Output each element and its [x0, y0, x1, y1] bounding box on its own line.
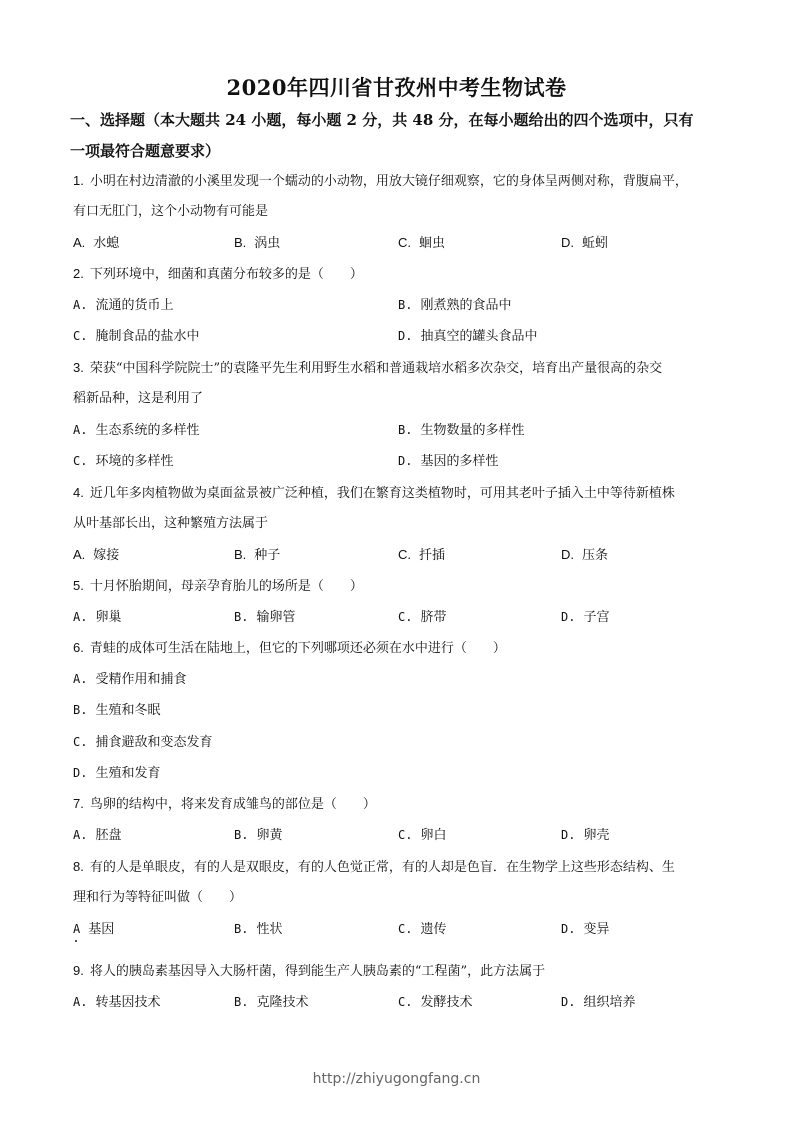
option-text: 输卵管 [256, 610, 295, 625]
option-letter: C. [398, 995, 412, 1009]
option-letter: A. [73, 995, 87, 1009]
option-a[interactable]: A基因 [73, 920, 114, 939]
option-text: 胚盘 [95, 828, 121, 843]
option-text: 遗传 [420, 922, 446, 937]
option-c[interactable]: C.环境的多样性 [73, 452, 173, 471]
question-text-line: 从叶基部长出，这种繁殖方法属于 [73, 515, 268, 533]
option-letter: A. [73, 235, 85, 250]
option-text: 基因的多样性 [420, 454, 498, 469]
question-number: 5. [73, 578, 84, 593]
question-text: 十月怀胎期间，母亲孕育胎儿的场所是（ ） [90, 579, 363, 594]
exam-page: 2020年四川省甘孜州中考生物试卷 一、选择题（本大题共 24 小题，每小题 2… [0, 0, 793, 1122]
option-letter: B. [234, 610, 248, 624]
option-letter: C. [398, 922, 412, 936]
option-letter: B. [234, 922, 248, 936]
option-text: 流通的货币上 [95, 298, 173, 313]
option-c[interactable]: C.发酵技术 [398, 993, 472, 1012]
question-text-line: 1.小明在村边清澈的小溪里发现一个蠕动的小动物，用放大镜仔细观察，它的身体呈两侧… [73, 172, 688, 191]
option-letter: C. [398, 610, 412, 624]
option-b[interactable]: B.卵黄 [234, 826, 282, 845]
option-d[interactable]: D.卵壳 [561, 826, 609, 845]
option-letter: D. [73, 766, 87, 780]
option-d[interactable]: D.蚯蚓 [561, 234, 608, 253]
option-text: 子宫 [583, 610, 609, 625]
option-letter: D. [561, 547, 574, 562]
option-text: 组织培养 [583, 995, 635, 1010]
option-a[interactable]: A.卵巢 [73, 608, 121, 627]
option-d[interactable]: D.生殖和发育 [73, 764, 160, 783]
question-text-line: 4.近几年多肉植物做为桌面盆景被广泛种植，我们在繁育这类植物时，可用其老叶子插入… [73, 484, 675, 503]
option-letter: D. [561, 235, 574, 250]
option-b[interactable]: B.生物数量的多样性 [398, 421, 524, 440]
option-letter: B. [398, 298, 412, 312]
option-text: 生殖和冬眠 [95, 703, 160, 718]
option-letter: B. [234, 235, 246, 250]
option-c[interactable]: C.遗传 [398, 920, 446, 939]
option-letter: C. [73, 454, 87, 468]
option-letter: A. [73, 672, 87, 686]
option-letter: D. [561, 828, 575, 842]
option-text: 基因 [88, 922, 114, 937]
option-c[interactable]: C.脐带 [398, 608, 446, 627]
question-text: 青蛙的成体可生活在陆地上，但它的下列哪项还必须在水中进行（ ） [90, 641, 506, 656]
option-d[interactable]: D.组织培养 [561, 993, 635, 1012]
option-b[interactable]: B.种子 [234, 546, 280, 565]
option-text: 卵白 [420, 828, 446, 843]
option-text: 捕食避敌和变态发育 [95, 735, 212, 750]
section-heading-line1: 一、选择题（本大题共 24 小题，每小题 2 分，共 48 分，在每小题给出的四… [70, 105, 730, 136]
option-a[interactable]: A.胚盘 [73, 826, 121, 845]
option-letter: B. [234, 828, 248, 842]
option-letter: B. [398, 423, 412, 437]
question-text: 近几年多肉植物做为桌面盆景被广泛种植，我们在繁育这类植物时，可用其老叶子插入土中… [90, 486, 675, 501]
option-letter: C. [73, 735, 87, 749]
option-text: 脐带 [420, 610, 446, 625]
option-b[interactable]: B.性状 [234, 920, 282, 939]
question-text: 鸟卵的结构中，将来发育成雏鸟的部位是（ ） [90, 797, 376, 812]
option-text: 变异 [583, 922, 609, 937]
option-text: 种子 [254, 548, 280, 563]
option-d[interactable]: D.抽真空的罐头食品中 [398, 327, 537, 346]
option-letter: C. [398, 828, 412, 842]
option-letter: C. [73, 329, 87, 343]
option-letter: A. [73, 610, 87, 624]
question-text-line: 8.有的人是单眼皮，有的人是双眼皮，有的人色觉正常，有的人却是色盲．在生物学上这… [73, 858, 675, 877]
option-letter: C. [398, 235, 411, 250]
option-text: 蚯蚓 [582, 236, 608, 251]
option-text: 卵壳 [583, 828, 609, 843]
option-b[interactable]: B.克隆技术 [234, 993, 308, 1012]
question-number: 8. [73, 859, 84, 874]
option-text: 卵黄 [256, 828, 282, 843]
question-number: 4. [73, 485, 84, 500]
option-letter: B. [234, 995, 248, 1009]
option-text: 转基因技术 [95, 995, 160, 1010]
stray-dot [75, 940, 77, 942]
option-letter: D. [561, 610, 575, 624]
option-letter: D. [398, 454, 412, 468]
option-text: 受精作用和捕食 [95, 672, 186, 687]
option-letter: D. [398, 329, 412, 343]
question-text-line: 6.青蛙的成体可生活在陆地上，但它的下列哪项还必须在水中进行（ ） [73, 639, 506, 658]
question-number: 1. [73, 173, 84, 188]
question-text-line: 有口无肛门，这个小动物有可能是 [73, 203, 268, 221]
question-text: 小明在村边清澈的小溪里发现一个蠕动的小动物，用放大镜仔细观察，它的身体呈两侧对称… [90, 174, 688, 189]
option-text: 性状 [256, 922, 282, 937]
option-b[interactable]: B.生殖和冬眠 [73, 701, 160, 720]
question-number: 6. [73, 640, 84, 655]
option-a[interactable]: A.水螅 [73, 234, 119, 253]
option-text: 扦插 [419, 548, 445, 563]
question-number: 3. [73, 360, 84, 375]
option-a[interactable]: A.受精作用和捕食 [73, 670, 186, 689]
option-a[interactable]: A.生态系统的多样性 [73, 421, 199, 440]
option-c[interactable]: C.卵白 [398, 826, 446, 845]
option-letter: A. [73, 547, 85, 562]
option-d[interactable]: D.基因的多样性 [398, 452, 498, 471]
option-letter: A. [73, 298, 87, 312]
option-letter: B. [73, 703, 87, 717]
question-text-line: 7.鸟卵的结构中，将来发育成雏鸟的部位是（ ） [73, 795, 376, 814]
option-b[interactable]: B.刚煮熟的食品中 [398, 296, 511, 315]
option-letter: A. [73, 423, 87, 437]
question-text-line: 9.将人的胰岛素基因导入大肠杆菌，得到能生产人胰岛素的“工程菌”，此方法属于 [73, 962, 545, 981]
option-text: 腌制食品的盐水中 [95, 329, 199, 344]
option-letter: D. [561, 995, 575, 1009]
question-text-line: 5.十月怀胎期间，母亲孕育胎儿的场所是（ ） [73, 577, 363, 596]
option-b[interactable]: B.涡虫 [234, 234, 280, 253]
option-text: 生物数量的多样性 [420, 423, 524, 438]
option-d[interactable]: D.压条 [561, 546, 608, 565]
option-letter: A. [73, 828, 87, 842]
option-c[interactable]: C.捕食避敌和变态发育 [73, 733, 212, 752]
option-a[interactable]: A.嫁接 [73, 546, 119, 565]
option-b[interactable]: B.输卵管 [234, 608, 295, 627]
option-text: 涡虫 [254, 236, 280, 251]
question-text-line: 3.荣获“中国科学院院士”的袁隆平先生利用野生水稻和普通栽培水稻多次杂交，培育出… [73, 359, 662, 378]
option-c[interactable]: C.扦插 [398, 546, 445, 565]
option-c[interactable]: C.蛔虫 [398, 234, 445, 253]
option-text: 压条 [582, 548, 608, 563]
option-d[interactable]: D.子宫 [561, 608, 609, 627]
footer-url: http://zhiyugongfang.cn [0, 1071, 793, 1087]
question-text: 有的人是单眼皮，有的人是双眼皮，有的人色觉正常，有的人却是色盲．在生物学上这些形… [90, 860, 675, 875]
section-heading-line2: 一项最符合题意要求） [70, 136, 730, 167]
option-a[interactable]: A.流通的货币上 [73, 296, 173, 315]
page-title: 2020年四川省甘孜州中考生物试卷 [0, 72, 793, 102]
option-text: 生态系统的多样性 [95, 423, 199, 438]
option-c[interactable]: C.腌制食品的盐水中 [73, 327, 199, 346]
question-number: 9. [73, 963, 84, 978]
option-a[interactable]: A.转基因技术 [73, 993, 160, 1012]
question-text: 下列环境中，细菌和真菌分布较多的是（ ） [90, 267, 363, 282]
option-text: 蛔虫 [419, 236, 445, 251]
option-text: 克隆技术 [256, 995, 308, 1010]
question-text-line: 2.下列环境中，细菌和真菌分布较多的是（ ） [73, 265, 363, 284]
option-text: 生殖和发育 [95, 766, 160, 781]
question-text: 将人的胰岛素基因导入大肠杆菌，得到能生产人胰岛素的“工程菌”，此方法属于 [90, 964, 545, 979]
option-letter: A [73, 922, 80, 936]
option-text: 卵巢 [95, 610, 121, 625]
option-text: 发酵技术 [420, 995, 472, 1010]
option-text: 水螅 [93, 236, 119, 251]
question-number: 7. [73, 796, 84, 811]
option-text: 环境的多样性 [95, 454, 173, 469]
question-text-line: 稻新品种，这是利用了 [73, 390, 203, 408]
question-number: 2. [73, 266, 84, 281]
option-text: 抽真空的罐头食品中 [420, 329, 537, 344]
question-text: 荣获“中国科学院院士”的袁隆平先生利用野生水稻和普通栽培水稻多次杂交，培育出产量… [90, 361, 662, 376]
question-text-line: 理和行为等特征叫做（ ） [73, 889, 242, 907]
option-text: 嫁接 [93, 548, 119, 563]
option-text: 刚煮熟的食品中 [420, 298, 511, 313]
section-heading: 一、选择题（本大题共 24 小题，每小题 2 分，共 48 分，在每小题给出的四… [70, 105, 730, 167]
option-letter: D. [561, 922, 575, 936]
option-d[interactable]: D.变异 [561, 920, 609, 939]
option-letter: B. [234, 547, 246, 562]
option-letter: C. [398, 547, 411, 562]
